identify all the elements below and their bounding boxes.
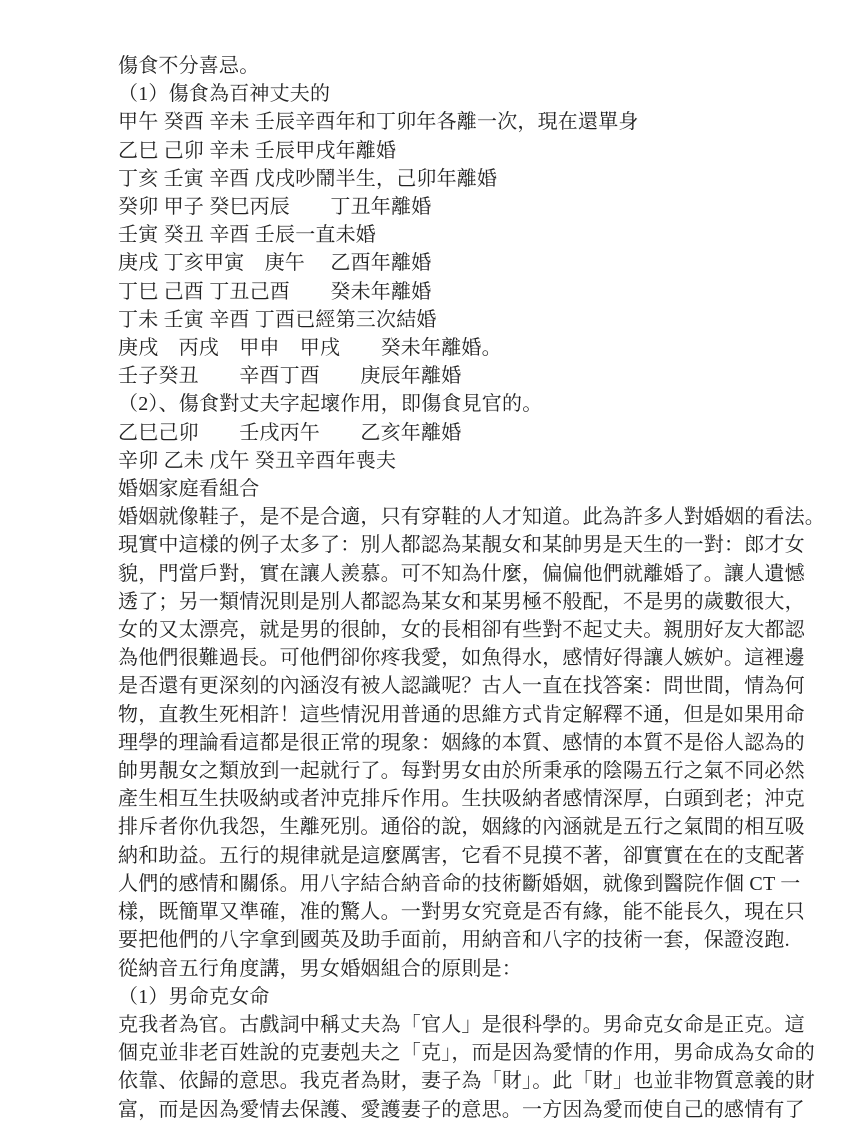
text-line: 人們的感情和關係。用八字結合納音命的技術斷婚姻，就像到醫院作個 CT 一 (118, 870, 778, 898)
text-line: 現實中這樣的例子太多了：別人都認為某靚女和某帥男是天生的一對：郎才女 (118, 531, 778, 559)
heading-shangshi-rule-2: （2）、傷食對丈夫字起壞作用，即傷食見官的。 (118, 390, 778, 418)
bazi-case-line: 乙巳 己卯 辛未 壬辰甲戌年離婚 (118, 137, 778, 165)
heading-principle-1: （1）男命克女命 (118, 983, 778, 1011)
bazi-case-line: 丁未 壬寅 辛酉 丁酉已經第三次結婚 (118, 306, 778, 334)
bazi-case-line: 甲午 癸酉 辛未 壬辰辛酉年和丁卯年各離一次，現在還單身 (118, 108, 778, 136)
text-line: 排斥者你仇我怨，生離死別。通俗的說，姻緣的內涵就是五行之氣間的相互吸 (118, 813, 778, 841)
text-line: 帥男靚女之類放到一起就行了。每對男女由於所秉承的陰陽五行之氣不同必然 (118, 757, 778, 785)
text-line: 傷食不分喜忌。 (118, 52, 778, 80)
heading-marriage-family: 婚姻家庭看組合 (118, 475, 778, 503)
bazi-case-line: 壬子癸丑 辛酉丁酉 庚辰年離婚 (118, 362, 778, 390)
text-line: 為他們很難過長。可他們卻你疼我愛，如魚得水，感情好得讓人嫉妒。這裡邊 (118, 644, 778, 672)
text-line: 要把他們的八字拿到國英及助手面前，用納音和八字的技術一套，保證沒跑. (118, 926, 778, 954)
bazi-case-line: 壬寅 癸丑 辛酉 壬辰一直未婚 (118, 221, 778, 249)
text-line: 依靠、依歸的意思。我克者為財，妻子為「財」。此「財」也並非物質意義的財 (118, 1067, 778, 1095)
bazi-case-line: 辛卯 乙未 戊午 癸丑辛酉年喪夫 (118, 447, 778, 475)
text-line: 產生相互生扶吸納或者沖克排斥作用。生扶吸納者感情深厚，白頭到老；沖克 (118, 785, 778, 813)
text-line: 富，而是因為愛情去保護、愛護妻子的意思。一方因為愛而使自己的感情有了 (118, 1096, 778, 1124)
text-line: 婚姻就像鞋子，是不是合適，只有穿鞋的人才知道。此為許多人對婚姻的看法。 (118, 503, 778, 531)
text-line: 貌，門當戶對，實在讓人羨慕。可不知為什麼，偏偏他們就離婚了。讓人遺憾 (118, 560, 778, 588)
bazi-case-line: 乙巳己卯 壬戌丙午 乙亥年離婚 (118, 419, 778, 447)
text-line: 物，直教生死相許！這些情況用普通的思維方式肯定解釋不通，但是如果用命 (118, 701, 778, 729)
bazi-case-line: 丁亥 壬寅 辛酉 戊戌吵鬧半生，己卯年離婚 (118, 165, 778, 193)
bazi-case-line: 庚戌 丙戌 甲申 甲戌 癸未年離婚。 (118, 334, 778, 362)
text-line: 個克並非老百姓說的克妻剋夫之「克」，而是因為愛情的作用，男命成為女命的 (118, 1039, 778, 1067)
text-line: 透了；另一類情況則是別人都認為某女和某男極不般配，不是男的歲數很大， (118, 588, 778, 616)
text-line: 克我者為官。古戲詞中稱丈夫為「官人」是很科學的。男命克女命是正克。這 (118, 1011, 778, 1039)
bazi-case-line: 丁巳 己酉 丁丑己酉 癸未年離婚 (118, 278, 778, 306)
text-line: 是否還有更深刻的內涵沒有被人認識呢？古人一直在找答案：問世間，情為何 (118, 672, 778, 700)
bazi-case-line: 癸卯 甲子 癸巳丙辰 丁丑年離婚 (118, 193, 778, 221)
text-line: 從納音五行角度講，男女婚姻組合的原則是： (118, 955, 778, 983)
text-line: 女的又太漂亮，就是男的很帥，女的長相卻有些對不起丈夫。親朋好友大都認 (118, 616, 778, 644)
text-line: 樣，既簡單又準確，准的驚人。一對男女究竟是否有緣，能不能長久，現在只 (118, 898, 778, 926)
document-page: 傷食不分喜忌。 （1）傷食為百神丈夫的 甲午 癸酉 辛未 壬辰辛酉年和丁卯年各離… (0, 0, 850, 1134)
text-line: 理學的理論看這都是很正常的現象：姻緣的本質、感情的本質不是俗人認為的 (118, 729, 778, 757)
text-line: 納和助益。五行的規律就是這麼厲害，它看不見摸不著，卻實實在在的支配著 (118, 842, 778, 870)
page-text: 傷食不分喜忌。 （1）傷食為百神丈夫的 甲午 癸酉 辛未 壬辰辛酉年和丁卯年各離… (118, 52, 778, 1124)
heading-shangshi-rule-1: （1）傷食為百神丈夫的 (118, 80, 778, 108)
bazi-case-line: 庚戌 丁亥甲寅 庚午 乙酉年離婚 (118, 249, 778, 277)
